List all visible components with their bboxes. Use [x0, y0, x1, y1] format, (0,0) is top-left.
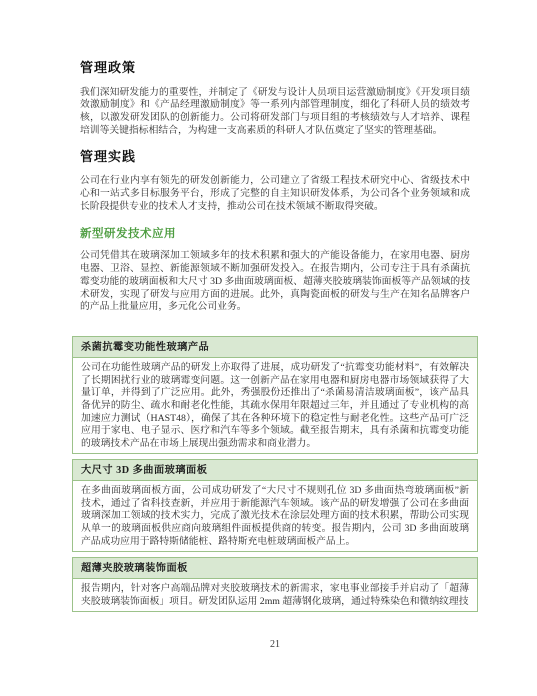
- info-box-laminated-glass-panel: 超薄夹胶玻璃装饰面板 报告期内，针对客户高端品牌对夹胶玻璃技术的新需求，家电事业…: [72, 557, 478, 612]
- info-box-title-laminated-glass-panel: 超薄夹胶玻璃装饰面板: [73, 558, 477, 579]
- info-box-body-antibacterial-glass: 公司在功能性玻璃产品的研发上亦取得了进展，成功研发了“抗霉变功能材料”，有效解决…: [73, 358, 477, 453]
- paragraph-management-policy: 我们深知研发能力的重要性，并制定了《研发与设计人员项目运营激励制度》《开发项目绩…: [80, 87, 470, 138]
- report-page-content: 管理政策 我们深知研发能力的重要性，并制定了《研发与设计人员项目运营激励制度》《…: [72, 0, 478, 651]
- subheading-new-rd-technology: 新型研发技术应用: [80, 227, 470, 241]
- info-box-body-3d-curved-glass: 在多曲面玻璃面板方面，公司成功研发了“大尺寸不规则孔位 3D 多曲面热弯玻璃面板…: [73, 481, 477, 551]
- paragraph-rd-technology: 公司凭借其在玻璃深加工领域多年的技术积累和强大的产能设备能力，在家用电器、厨房电…: [80, 250, 470, 314]
- heading-management-policy: 管理政策: [80, 60, 470, 76]
- info-box-3d-curved-glass: 大尺寸 3D 多曲面玻璃面板 在多曲面玻璃面板方面，公司成功研发了“大尺寸不规则…: [72, 459, 478, 552]
- info-box-antibacterial-glass: 杀菌抗霉变功能性玻璃产品 公司在功能性玻璃产品的研发上亦取得了进展，成功研发了“…: [72, 336, 478, 454]
- page-number: 21: [72, 638, 478, 651]
- info-box-title-3d-curved-glass: 大尺寸 3D 多曲面玻璃面板: [73, 460, 477, 481]
- info-box-body-laminated-glass-panel: 报告期内，针对客户高端品牌对夹胶玻璃技术的新需求，家电事业部接手并启动了「超薄夹…: [73, 579, 477, 611]
- heading-management-practice: 管理实践: [80, 149, 470, 165]
- paragraph-management-practice: 公司在行业内享有领先的研发创新能力，公司建立了省级工程技术研究中心、省级技术中心…: [80, 175, 470, 213]
- info-box-title-antibacterial-glass: 杀菌抗霉变功能性玻璃产品: [73, 337, 477, 358]
